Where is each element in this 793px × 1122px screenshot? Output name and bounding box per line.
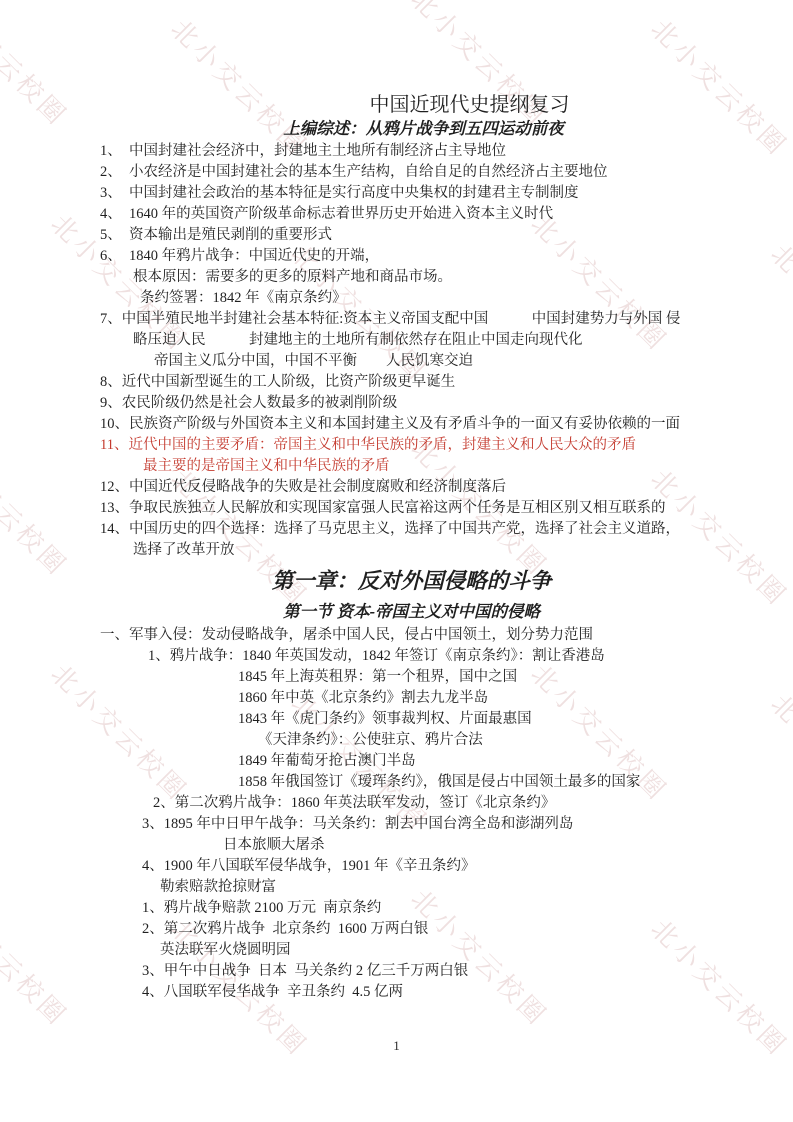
document-title: 中国近现代史提纲复习 [158,93,781,117]
text-line: 一、军事入侵：发动侵略战争，屠杀中国人民，侵占中国领土，划分势力范围 [100,625,723,646]
overview-list: 1、 中国封建社会经济中，封建地主土地所有制经济占主导地位2、 小农经济是中国封… [100,141,723,561]
text-line: 1860 年中英《北京条约》割去九龙半岛 [100,688,723,709]
chapter-title: 第一章：反对外国侵略的斗争 [100,563,723,599]
text-line: 3、甲午中日战争 日本 马关条约 2 亿三千万两白银 [100,961,723,982]
text-line: 帝国主义瓜分中国，中国不平衡 人民饥寒交迫 [100,351,723,372]
text-line: 11、近代中国的主要矛盾：帝国主义和中华民族的矛盾，封建主义和人民大众的矛盾 [100,435,723,456]
text-line: 最主要的是帝国主义和中华民族的矛盾 [100,456,723,477]
text-line: 14、中国历史的四个选择：选择了马克思主义，选择了中国共产党，选择了社会主义道路… [100,519,723,540]
document-content: 中国近现代史提纲复习 上编综述：从鸦片战争到五四运动前夜 1、 中国封建社会经济… [0,0,793,1003]
text-line: 10、民族资产阶级与外国资本主义和本国封建主义及有矛盾斗争的一面又有妥协依赖的一… [100,414,723,435]
text-line: 12、中国近代反侵略战争的失败是社会制度腐败和经济制度落后 [100,477,723,498]
text-line: 4、1900 年八国联军侵华战争，1901 年《辛丑条约》 [100,856,723,877]
text-line: 1843 年《虎门条约》领事裁判权、片面最惠国 [100,709,723,730]
text-line: 2、第二次鸦片战争：1860 年英法联军发动，签订《北京条约》 [100,793,723,814]
text-line: 《天津条约》：公使驻京、鸦片合法 [100,730,723,751]
text-line: 条约签署：1842 年《南京条约》 [100,288,723,309]
text-line: 4、 1640 年的英国资产阶级革命标志着世界历史开始进入资本主义时代 [100,204,723,225]
text-line: 根本原因：需要多的更多的原料产地和商品市场。 [100,267,723,288]
page-number: 1 [0,1038,793,1054]
text-line: 2、 小农经济是中国封建社会的基本生产结构，自给自足的自然经济占主要地位 [100,162,723,183]
document-page: 北小交云校圈北小交云校圈北小交云校圈北小交云校圈北小交云校圈北小交云校圈北小交云… [0,0,793,1122]
text-line: 13、争取民族独立人民解放和实现国家富强人民富裕这两个任务是互相区别又相互联系的 [100,498,723,519]
text-line: 1849 年葡萄牙抢占澳门半岛 [100,751,723,772]
text-line: 日本旅顺大屠杀 [100,835,723,856]
text-line: 6、 1840 年鸦片战争：中国近代史的开端， [100,246,723,267]
text-line: 3、 中国封建社会政治的基本特征是实行高度中央集权的封建君主专制制度 [100,183,723,204]
text-line: 2、第二次鸦片战争 北京条约 1600 万两白银 [100,919,723,940]
text-line: 1858 年俄国签订《瑷珲条约》，俄国是侵占中国领土最多的国家 [100,772,723,793]
chapter-list: 一、军事入侵：发动侵略战争，屠杀中国人民，侵占中国领土，划分势力范围1、鸦片战争… [100,625,723,1003]
text-line: 1、鸦片战争赔款 2100 万元 南京条约 [100,898,723,919]
text-line: 9、农民阶级仍然是社会人数最多的被剥削阶级 [100,393,723,414]
text-line: 英法联军火烧圆明园 [100,940,723,961]
text-line: 勒索赔款抢掠财富 [100,877,723,898]
text-line: 7、中国半殖民地半封建社会基本特征:资本主义帝国支配中国 中国封建势力与外国 侵 [100,309,723,330]
section-title: 第一节 资本-帝国主义对中国的侵略 [100,599,723,625]
text-line: 8、近代中国新型诞生的工人阶级，比资产阶级更早诞生 [100,372,723,393]
text-line: 4、八国联军侵华战争 辛丑条约 4.5 亿两 [100,982,723,1003]
text-line: 5、 资本输出是殖民剥削的重要形式 [100,225,723,246]
document-subtitle: 上编综述：从鸦片战争到五四运动前夜 [112,117,735,141]
text-line: 1、 中国封建社会经济中，封建地主土地所有制经济占主导地位 [100,141,723,162]
text-line: 1845 年上海英租界：第一个租界，国中之国 [100,667,723,688]
text-line: 3、1895 年中日甲午战争：马关条约：割去中国台湾全岛和澎湖列岛 [100,814,723,835]
text-line: 选择了改革开放 [100,540,723,561]
text-line: 1、鸦片战争：1840 年英国发动，1842 年签订《南京条约》：割让香港岛 [100,646,723,667]
text-line: 略压迫人民 封建地主的土地所有制依然存在阻止中国走向现代化 [100,330,723,351]
